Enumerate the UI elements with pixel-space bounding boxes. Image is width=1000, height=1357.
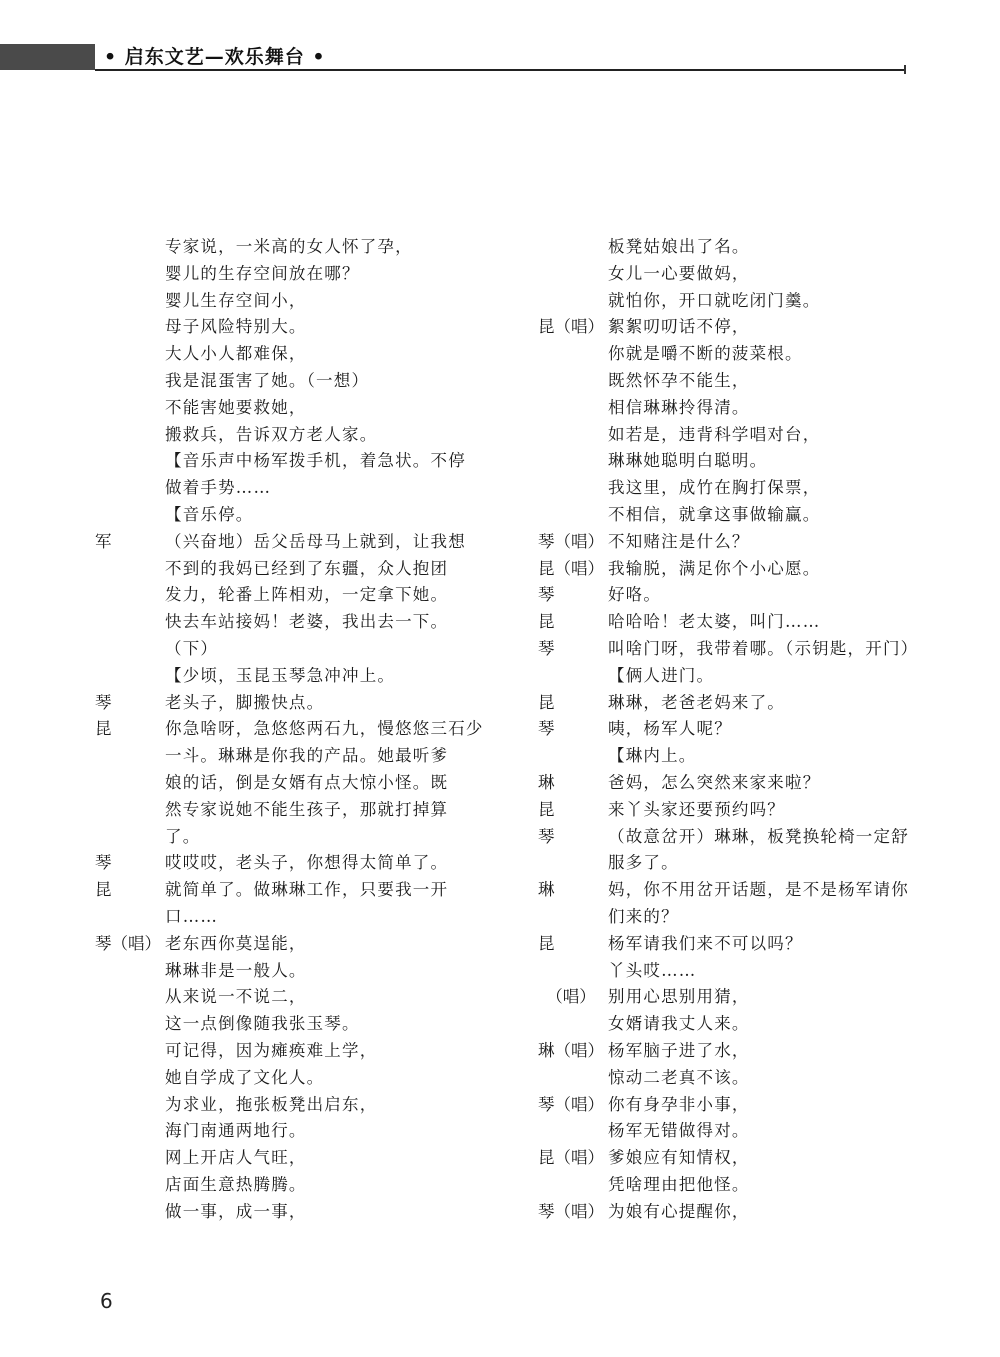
line-text: （故意岔开）琳琳，板凳换轮椅一定舒 (608, 824, 909, 851)
script-line: 【音乐停。 (95, 502, 475, 529)
line-text: 发力，轮番上阵相劝，一定拿下她。 (165, 582, 448, 609)
line-text: 女儿一心要做妈， (608, 261, 750, 288)
line-text: 你急啥呀，急悠悠两石九，慢悠悠三石少 (165, 716, 484, 743)
line-text: 如若是，违背科学唱对台， (608, 422, 820, 449)
script-line: 惊动二老真不该。 (538, 1065, 918, 1092)
line-text: 板凳姑娘出了名。 (608, 234, 750, 261)
line-text: 不到的我妈已经到了东疆，众人抱团 (165, 556, 448, 583)
script-line: 琳妈，你不用岔开话题，是不是杨军请你 (538, 877, 918, 904)
script-line: 琴（唱）不知赌注是什么？ (538, 529, 918, 556)
speaker-label: 琴（唱） (95, 931, 161, 958)
script-line: 丫头哎…… (538, 958, 918, 985)
speaker-label: 昆（唱） (538, 314, 604, 341)
script-line: 母子风险特别大。 (95, 314, 475, 341)
line-text: 口…… (165, 904, 218, 931)
script-line: 杨军无错做得对。 (538, 1118, 918, 1145)
script-line: 琴（故意岔开）琳琳，板凳换轮椅一定舒 (538, 824, 918, 851)
script-line: 她自学成了文化人。 (95, 1065, 475, 1092)
script-line: 【俩人进门。 (538, 663, 918, 690)
line-text: 凭啥理由把他怪。 (608, 1172, 750, 1199)
line-text: 琳琳她聪明白聪明。 (608, 448, 767, 475)
line-text: 们来的？ (608, 904, 679, 931)
line-text: 【音乐声中杨军拨手机，着急状。不停 (165, 448, 466, 475)
script-line: 板凳姑娘出了名。 (538, 234, 918, 261)
script-line: 【少顷，玉昆玉琴急冲冲上。 (95, 663, 475, 690)
line-text: 专家说，一米高的女人怀了孕， (165, 234, 413, 261)
header-rule-end-tick (904, 65, 906, 74)
script-line: 琳琳她聪明白聪明。 (538, 448, 918, 475)
line-text: 琳琳，老爸老妈来了。 (608, 690, 785, 717)
speaker-label: 昆（唱） (538, 1145, 604, 1172)
script-line: 琴叫啥门呀，我带着哪。（示钥匙，开门） (538, 636, 918, 663)
line-text: 惊动二老真不该。 (608, 1065, 750, 1092)
line-text: 叫啥门呀，我带着哪。（示钥匙，开门） (608, 636, 918, 663)
script-line: 一斗。琳琳是你我的产品。她最听爹 (95, 743, 475, 770)
speaker-label: 琴（唱） (538, 1199, 604, 1226)
script-line: 琴（唱）为娘有心提醒你， (538, 1199, 918, 1226)
line-text: 既然怀孕不能生， (608, 368, 750, 395)
line-text: 【琳内上。 (608, 743, 697, 770)
script-line: 琴好咯。 (538, 582, 918, 609)
line-text: 絮絮叨叨话不停， (608, 314, 750, 341)
script-line: 从来说一不说二， (95, 984, 475, 1011)
script-line: 昆来丫头家还要预约吗？ (538, 797, 918, 824)
line-text: 杨军无错做得对。 (608, 1118, 750, 1145)
line-text: 我是混蛋害了她。（一想） (165, 368, 369, 395)
line-text: 为娘有心提醒你， (608, 1199, 750, 1226)
speaker-label: 昆 (538, 690, 555, 717)
line-text: 不能害她要救她， (165, 395, 307, 422)
header-rule (95, 69, 905, 71)
script-line: 快去车站接妈！老婆，我出去一下。 (95, 609, 475, 636)
line-text: （下） (165, 636, 218, 663)
speaker-label: 琴（唱） (538, 529, 604, 556)
script-line: 婴儿生存空间小， (95, 288, 475, 315)
script-line: 军（兴奋地）岳父岳母马上就到，让我想 (95, 529, 475, 556)
line-text: 【音乐停。 (165, 502, 254, 529)
script-line: 我是混蛋害了她。（一想） (95, 368, 475, 395)
speaker-label: 琴（唱） (538, 1092, 604, 1119)
speaker-label: 琴 (538, 716, 555, 743)
speaker-label: （唱） (538, 984, 596, 1011)
speaker-label: 昆 (538, 797, 555, 824)
line-text: 了。 (165, 824, 200, 851)
script-line: 【音乐声中杨军拨手机，着急状。不停 (95, 448, 475, 475)
line-text: 就简单了。做琳琳工作，只要我一开 (165, 877, 448, 904)
script-line: 如若是，违背科学唱对台， (538, 422, 918, 449)
script-line: 大人小人都难保， (95, 341, 475, 368)
line-text: 就怕你，开口就吃闭门羹。 (608, 288, 820, 315)
line-text: 别用心思别用猜， (608, 984, 750, 1011)
script-line: 做着手势…… (95, 475, 475, 502)
script-line: 【琳内上。 (538, 743, 918, 770)
script-line: 网上开店人气旺， (95, 1145, 475, 1172)
script-line: 专家说，一米高的女人怀了孕， (95, 234, 475, 261)
speaker-label: 琴 (538, 824, 555, 851)
script-line: 凭啥理由把他怪。 (538, 1172, 918, 1199)
script-line: 相信琳琳拎得清。 (538, 395, 918, 422)
line-text: 老东西你莫逞能， (165, 931, 307, 958)
script-line: 口…… (95, 904, 475, 931)
line-text: 搬救兵，告诉双方老人家。 (165, 422, 377, 449)
line-text: 哈哈哈！老太婆，叫门…… (608, 609, 820, 636)
line-text: 相信琳琳拎得清。 (608, 395, 750, 422)
script-line: 服多了。 (538, 850, 918, 877)
line-text: 不知赌注是什么？ (608, 529, 750, 556)
script-line: 们来的？ (538, 904, 918, 931)
line-text: 为求业，拖张板凳出启东， (165, 1092, 377, 1119)
line-text: 你有身孕非小事， (608, 1092, 750, 1119)
speaker-label: 军 (95, 529, 112, 556)
line-text: 杨军请我们来不可以吗？ (608, 931, 803, 958)
script-line: 琳琳非是一般人。 (95, 958, 475, 985)
script-line: 昆杨军请我们来不可以吗？ (538, 931, 918, 958)
script-line: 琴（唱）老东西你莫逞能， (95, 931, 475, 958)
speaker-label: 昆 (538, 931, 555, 958)
speaker-label: 琴 (95, 690, 112, 717)
script-line: 琴（唱）你有身孕非小事， (538, 1092, 918, 1119)
script-line: 昆你急啥呀，急悠悠两石九，慢悠悠三石少 (95, 716, 475, 743)
line-text: 做一事，成一事， (165, 1199, 307, 1226)
line-text: 来丫头家还要预约吗？ (608, 797, 785, 824)
line-text: 然专家说她不能生孩子，那就打掉算 (165, 797, 448, 824)
line-text: 可记得，因为瘫痪难上学， (165, 1038, 377, 1065)
line-text: 老头子，脚搬快点。 (165, 690, 324, 717)
line-text: 店面生意热腾腾。 (165, 1172, 307, 1199)
page-number: 6 (100, 1289, 113, 1313)
speaker-label: 琴 (538, 582, 555, 609)
line-text: 她自学成了文化人。 (165, 1065, 324, 1092)
line-text: 丫头哎…… (608, 958, 697, 985)
script-line: 了。 (95, 824, 475, 851)
script-line: 婴儿的生存空间放在哪？ (95, 261, 475, 288)
script-line: 昆（唱）絮絮叨叨话不停， (538, 314, 918, 341)
script-line: 为求业，拖张板凳出启东， (95, 1092, 475, 1119)
script-line: 昆就简单了。做琳琳工作，只要我一开 (95, 877, 475, 904)
script-line: 既然怀孕不能生， (538, 368, 918, 395)
script-line: 琴咦，杨军人呢？ (538, 716, 918, 743)
line-text: 这一点倒像随我张玉琴。 (165, 1011, 360, 1038)
script-line: 昆琳琳，老爸老妈来了。 (538, 690, 918, 717)
header-color-block (0, 44, 95, 70)
script-line: 琴哎哎哎，老头子，你想得太简单了。 (95, 850, 475, 877)
speaker-label: 琳（唱） (538, 1038, 604, 1065)
line-text: 爸妈，怎么突然来家来啦？ (608, 770, 820, 797)
line-text: （兴奋地）岳父岳母马上就到，让我想 (165, 529, 466, 556)
script-line: 琴老头子，脚搬快点。 (95, 690, 475, 717)
line-text: 你就是嚼不断的菠菜根。 (608, 341, 803, 368)
line-text: 爹娘应有知情权， (608, 1145, 750, 1172)
script-line: 就怕你，开口就吃闭门羹。 (538, 288, 918, 315)
speaker-label: 昆 (95, 716, 112, 743)
line-text: 婴儿生存空间小， (165, 288, 307, 315)
script-line: 昆（唱）爹娘应有知情权， (538, 1145, 918, 1172)
line-text: 海门南通两地行。 (165, 1118, 307, 1145)
script-line: 不能害她要救她， (95, 395, 475, 422)
speaker-label: 琳 (538, 770, 555, 797)
script-line: 琳爸妈，怎么突然来家来啦？ (538, 770, 918, 797)
line-text: 做着手势…… (165, 475, 271, 502)
script-line: 店面生意热腾腾。 (95, 1172, 475, 1199)
line-text: 女婿请我丈人来。 (608, 1011, 750, 1038)
speaker-label: 昆 (95, 877, 112, 904)
line-text: 好咯。 (608, 582, 661, 609)
script-line: 海门南通两地行。 (95, 1118, 475, 1145)
line-text: 杨军脑子进了水， (608, 1038, 750, 1065)
script-line: 不到的我妈已经到了东疆，众人抱团 (95, 556, 475, 583)
line-text: 哎哎哎，老头子，你想得太简单了。 (165, 850, 448, 877)
line-text: 一斗。琳琳是你我的产品。她最听爹 (165, 743, 448, 770)
line-text: 【俩人进门。 (608, 663, 714, 690)
line-text: 服多了。 (608, 850, 679, 877)
script-line: 然专家说她不能生孩子，那就打掉算 (95, 797, 475, 824)
right-column: 板凳姑娘出了名。女儿一心要做妈，就怕你，开口就吃闭门羹。昆（唱）絮絮叨叨话不停，… (538, 234, 918, 1225)
script-line: 昆（唱）我输脱，满足你个小心愿。 (538, 556, 918, 583)
script-line: 搬救兵，告诉双方老人家。 (95, 422, 475, 449)
speaker-label: 琴 (538, 636, 555, 663)
script-line: （下） (95, 636, 475, 663)
script-line: 做一事，成一事， (95, 1199, 475, 1226)
line-text: 大人小人都难保， (165, 341, 307, 368)
speaker-label: 昆 (538, 609, 555, 636)
script-line: 女婿请我丈人来。 (538, 1011, 918, 1038)
line-text: 【少顷，玉昆玉琴急冲冲上。 (165, 663, 395, 690)
line-text: 咦，杨军人呢？ (608, 716, 732, 743)
speaker-label: 昆（唱） (538, 556, 604, 583)
script-line: 女儿一心要做妈， (538, 261, 918, 288)
script-line: 琳（唱）杨军脑子进了水， (538, 1038, 918, 1065)
line-text: 我这里，成竹在胸打保票， (608, 475, 820, 502)
line-text: 从来说一不说二， (165, 984, 307, 1011)
script-line: 不相信，就拿这事做输赢。 (538, 502, 918, 529)
script-line: 娘的话，倒是女婿有点大惊小怪。既 (95, 770, 475, 797)
script-line: 昆哈哈哈！老太婆，叫门…… (538, 609, 918, 636)
script-line: （唱）别用心思别用猜， (538, 984, 918, 1011)
left-column: 专家说，一米高的女人怀了孕，婴儿的生存空间放在哪？婴儿生存空间小，母子风险特别大… (95, 234, 475, 1225)
line-text: 琳琳非是一般人。 (165, 958, 307, 985)
script-line: 发力，轮番上阵相劝，一定拿下她。 (95, 582, 475, 609)
line-text: 婴儿的生存空间放在哪？ (165, 261, 360, 288)
script-line: 可记得，因为瘫痪难上学， (95, 1038, 475, 1065)
running-header-title: • 启东文艺—欢乐舞台 • (104, 44, 326, 70)
speaker-label: 琳 (538, 877, 555, 904)
line-text: 网上开店人气旺， (165, 1145, 307, 1172)
line-text: 我输脱，满足你个小心愿。 (608, 556, 820, 583)
line-text: 妈，你不用岔开话题，是不是杨军请你 (608, 877, 909, 904)
line-text: 母子风险特别大。 (165, 314, 307, 341)
line-text: 快去车站接妈！老婆，我出去一下。 (165, 609, 448, 636)
script-line: 你就是嚼不断的菠菜根。 (538, 341, 918, 368)
script-line: 这一点倒像随我张玉琴。 (95, 1011, 475, 1038)
script-line: 我这里，成竹在胸打保票， (538, 475, 918, 502)
line-text: 不相信，就拿这事做输赢。 (608, 502, 820, 529)
line-text: 娘的话，倒是女婿有点大惊小怪。既 (165, 770, 448, 797)
speaker-label: 琴 (95, 850, 112, 877)
